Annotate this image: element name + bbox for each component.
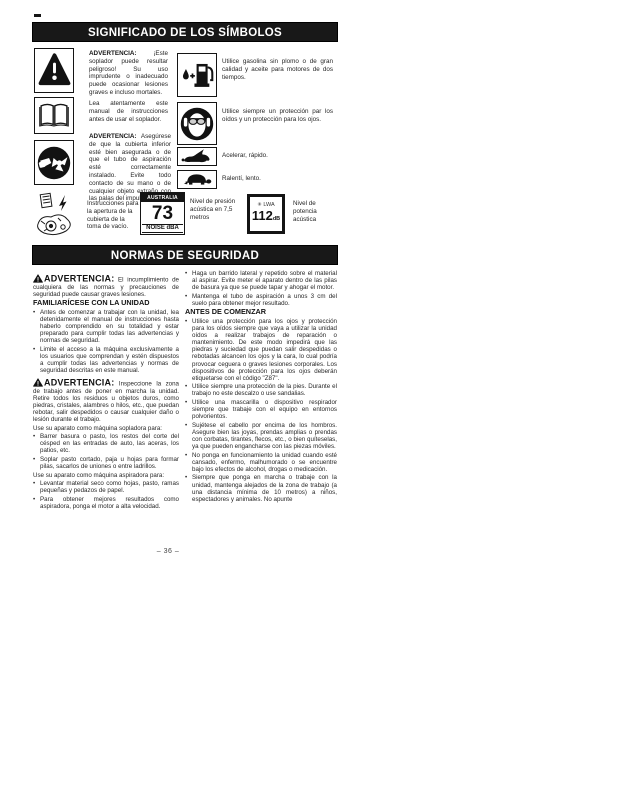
open-book-icon xyxy=(34,97,74,134)
bullet-marker: • xyxy=(185,318,192,325)
bullet-marker: • xyxy=(185,474,192,481)
warning-word: ADVERTENCIA: xyxy=(44,274,114,284)
safety-bullet-item: •Para obtener mejores resultados como as… xyxy=(33,496,179,510)
caption-text: Nivel de potencia acústica xyxy=(293,200,317,223)
eye-ear-protection-icon xyxy=(177,102,217,145)
safety-heading: FAMILIARÍCESE CON LA UNIDAD xyxy=(33,299,179,308)
safety-heading: ANTES DE COMENZAR xyxy=(185,308,337,317)
sound-power-badge-value: 112dB xyxy=(252,209,280,226)
caption-text: Ralentí, lento. xyxy=(222,175,261,182)
safety-bullet-item: •Utilice una protección para los ojos y … xyxy=(185,318,337,382)
sound-power-badge: ✳ LWA 112dB xyxy=(247,194,285,234)
warning-triangle-glyph xyxy=(38,52,71,89)
vacuum-cover-glyph xyxy=(32,190,80,238)
caption-bold: ADVERTENCIA: xyxy=(89,50,137,57)
vacuum-cover-opening-icon xyxy=(32,190,80,238)
caption-text: Nivel de presión acústica en 7,5 metros xyxy=(190,198,235,221)
warning-paragraph: ADVERTENCIA: El incumplimiento de cualqu… xyxy=(33,274,179,298)
symbols-title-label: SIGNIFICADO DE LOS SÍMBOLOS xyxy=(88,27,282,39)
noise-badge-unit: NOISE dBA xyxy=(142,224,183,233)
noise-badge-caption: Nivel de presión acústica en 7,5 metros xyxy=(190,198,240,221)
bullet-marker: • xyxy=(185,383,192,390)
manual-page: { "page_number": "– 36 –", "symbols": { … xyxy=(0,0,618,800)
fuel-pump-icon xyxy=(177,53,217,97)
bullet-marker: • xyxy=(33,480,40,487)
page-number: – 36 – xyxy=(32,548,304,555)
bullet-marker: • xyxy=(33,433,40,440)
symbols-section-title: SIGNIFICADO DE LOS SÍMBOLOS xyxy=(32,22,338,42)
warning-triangle-icon xyxy=(33,274,43,283)
safety-paragraph: Use su aparato como máquina aspiradora p… xyxy=(33,472,179,479)
safety-bullet-item: •Utilice una mascarilla o dispositivo re… xyxy=(185,399,337,420)
caption-text: Acelerar, rápido. xyxy=(222,152,268,159)
impeller-hand-glyph xyxy=(36,145,72,181)
value: 112 xyxy=(252,208,273,223)
bullet-marker: • xyxy=(33,309,40,316)
caption-text: Lea atentamente este manual de instrucci… xyxy=(89,100,168,123)
bullet-marker: • xyxy=(185,399,192,406)
safety-bullet-item: •Siempre que ponga en marcha o trabaje c… xyxy=(185,474,337,502)
caption-text: Utilice siempre un protección par los oí… xyxy=(222,108,333,123)
bullet-marker: • xyxy=(185,452,192,459)
safety-bullet-item: •Barrer basura o pasto, los restos del c… xyxy=(33,433,179,454)
warning-word: ADVERTENCIA: xyxy=(44,378,114,388)
sound-power-badge-inner: ✳ LWA 112dB xyxy=(250,197,282,231)
safety-section-title: NORMAS DE SEGURIDAD xyxy=(32,245,338,265)
safety-bullet-item: •Antes de comenzar a trabajar con la uni… xyxy=(33,309,179,344)
symbol-caption-protection: Utilice siempre un protección par los oí… xyxy=(222,108,333,124)
turtle-glyph xyxy=(179,171,216,188)
symbol-caption-fuel: Utilice gasolina sin plomo o de gran cal… xyxy=(222,58,333,81)
bullet-marker: • xyxy=(33,496,40,503)
impeller-hand-warning-icon xyxy=(34,140,74,185)
bullet-marker: • xyxy=(33,346,40,353)
fuel-pump-glyph xyxy=(180,57,214,93)
safety-bullet-item: •No ponga en funcionamiento la unidad cu… xyxy=(185,452,337,473)
safety-bullet-item: •Haga un barrido lateral y repetido sobr… xyxy=(185,270,337,291)
document-page: SIGNIFICADO DE LOS SÍMBOLOS ADVERTENCIA:… xyxy=(32,8,338,574)
safety-bullet-item: •Utilice siempre una protección de la pi… xyxy=(185,383,337,397)
unit: dB xyxy=(273,216,280,222)
safety-bullet-item: •Sujétese el cabello por encima de los h… xyxy=(185,422,337,450)
symbol-caption-vacuum: Instrucciones para la apertura de la cub… xyxy=(87,200,139,231)
caption-text: Utilice gasolina sin plomo o de gran cal… xyxy=(222,58,333,81)
symbol-caption-warning: ADVERTENCIA: ¡Este soplador puede result… xyxy=(89,50,168,97)
caption-text: ¡Este soplador puede resultar peligroso!… xyxy=(89,50,168,96)
noise-badge-value: 73 xyxy=(141,204,184,224)
scan-artifact xyxy=(34,14,41,17)
safety-bullet-item: •Limite el acceso a la máquina exclusiva… xyxy=(33,346,179,374)
symbol-caption-slow: Ralentí, lento. xyxy=(222,175,322,183)
symbol-caption-fast: Acelerar, rápido. xyxy=(222,152,322,160)
safety-bullet-item: •Mantenga el tubo de aspiración a unos 3… xyxy=(185,293,337,307)
noise-level-badge: AUSTRALIA 73 NOISE dBA xyxy=(140,192,185,235)
safety-left-column: ADVERTENCIA: El incumplimiento de cualqu… xyxy=(33,270,179,512)
safety-title-label: NORMAS DE SEGURIDAD xyxy=(111,250,259,262)
rabbit-glyph xyxy=(179,148,216,165)
symbol-caption-read-manual: Lea atentamente este manual de instrucci… xyxy=(89,100,168,123)
caption-text: Instrucciones para la apertura de la cub… xyxy=(87,200,138,230)
warning-triangle-icon xyxy=(33,378,43,387)
bullet-marker: • xyxy=(185,293,192,300)
safety-bullet-item: •Soplar pasto cortado, paja u hojas para… xyxy=(33,456,179,470)
safety-right-column: •Haga un barrido lateral y repetido sobr… xyxy=(185,270,337,504)
rabbit-icon xyxy=(177,147,217,166)
eye-ear-protection-glyph xyxy=(179,106,215,142)
bullet-marker: • xyxy=(185,422,192,429)
safety-paragraph: Use su aparato como máquina sopladora pa… xyxy=(33,425,179,432)
open-book-glyph xyxy=(37,101,71,130)
turtle-icon xyxy=(177,170,217,189)
caption-bold: ADVERTENCIA: xyxy=(89,133,137,140)
warning-paragraph: ADVERTENCIA: Inspeccione la zona de trab… xyxy=(33,378,179,423)
bullet-marker: • xyxy=(33,456,40,463)
sound-power-badge-caption: Nivel de potencia acústica xyxy=(293,200,335,223)
safety-bullet-item: •Levantar material seco como hojas, past… xyxy=(33,480,179,494)
warning-triangle-icon xyxy=(34,48,74,93)
bullet-marker: • xyxy=(185,270,192,277)
